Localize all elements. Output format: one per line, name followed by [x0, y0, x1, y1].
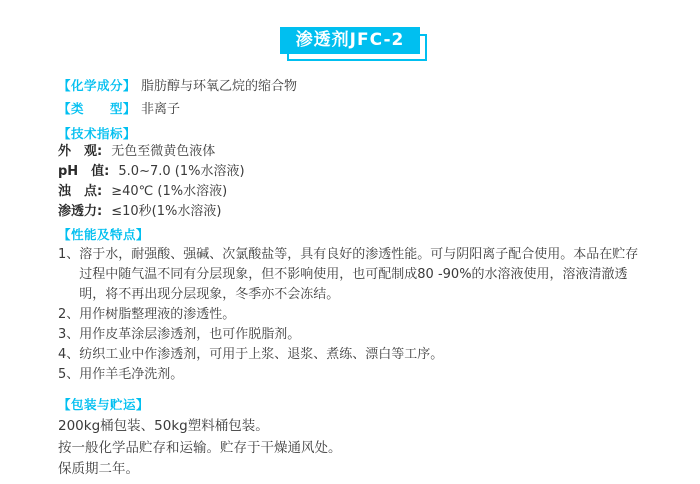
feature-text-2: 用作树脂整理液的渗透性。: [79, 305, 650, 325]
feature-text-3: 用作皮革涂层渗透剂，也可作脱脂剂。: [79, 325, 650, 345]
packaging-section: 【包装与贮运】 200kg桶包装、50kg塑料桶包装。 按一般化学品贮存和运输。…: [58, 394, 650, 481]
datasheet-page: 渗透剂JFC-2 【化学成分】脂肪醇与环氧乙烷的缩合物 【类 型】非离子 【技术…: [0, 0, 700, 484]
feature-item-1: 1、 溶于水，耐强酸、强碱、次氯酸盐等，具有良好的渗透性能。可与阴阳离子配合使用…: [58, 245, 650, 305]
spec-value-ph: 5.0~7.0 (1%水溶液): [118, 164, 244, 179]
spec-value-penetration: ≤10秒(1%水溶液): [111, 204, 221, 219]
feature-text-4: 纺织工业中作渗透剂，可用于上浆、退浆、煮练、漂白等工序。: [79, 345, 650, 365]
spec-name-ph: pH 值:: [58, 164, 109, 179]
spec-row-cloud-point: 浊 点:≥40℃ (1%水溶液): [58, 182, 650, 202]
spec-value-appearance: 无色至微黄色液体: [111, 144, 215, 159]
feature-number-1: 1、: [58, 245, 79, 305]
section-label-type: 【类 型】: [58, 100, 136, 117]
feature-item-2: 2、 用作树脂整理液的渗透性。: [58, 305, 650, 325]
datasheet-content: 【化学成分】脂肪醇与环氧乙烷的缩合物 【类 型】非离子 【技术指标】 外 观:无…: [0, 77, 700, 481]
spec-row-appearance: 外 观:无色至微黄色液体: [58, 142, 650, 162]
chemical-composition-row: 【化学成分】脂肪醇与环氧乙烷的缩合物: [58, 77, 650, 95]
spec-name-appearance: 外 观:: [58, 144, 102, 159]
technical-specs-section: 【技术指标】 外 观:无色至微黄色液体 pH 值:5.0~7.0 (1%水溶液)…: [58, 123, 650, 222]
feature-number-2: 2、: [58, 305, 79, 325]
section-label-features: 【性能及特点】: [58, 226, 149, 243]
feature-number-5: 5、: [58, 365, 79, 385]
packaging-line-2: 按一般化学品贮存和运输。贮存于干燥通风处。: [58, 438, 650, 460]
feature-number-4: 4、: [58, 345, 79, 365]
packaging-line-3: 保质期二年。: [58, 459, 650, 481]
spec-name-cloud-point: 浊 点:: [58, 184, 102, 199]
feature-text-1: 溶于水，耐强酸、强碱、次氯酸盐等，具有良好的渗透性能。可与阴阳离子配合使用。本品…: [79, 245, 650, 305]
type-value: 非离子: [141, 102, 180, 117]
feature-item-3: 3、 用作皮革涂层渗透剂，也可作脱脂剂。: [58, 325, 650, 345]
product-title-banner: 渗透剂JFC-2: [280, 27, 421, 54]
section-label-technical-specs: 【技术指标】: [58, 125, 136, 142]
packaging-line-1: 200kg桶包装、50kg塑料桶包装。: [58, 416, 650, 438]
feature-item-4: 4、 纺织工业中作渗透剂，可用于上浆、退浆、煮练、漂白等工序。: [58, 345, 650, 365]
type-row: 【类 型】非离子: [58, 100, 650, 118]
spec-row-ph: pH 值:5.0~7.0 (1%水溶液): [58, 162, 650, 182]
spec-value-cloud-point: ≥40℃ (1%水溶液): [111, 184, 227, 199]
product-title: 渗透剂JFC-2: [280, 27, 421, 54]
feature-item-5: 5、 用作羊毛净洗剂。: [58, 365, 650, 385]
feature-number-3: 3、: [58, 325, 79, 345]
chemical-composition-value: 脂肪醇与环氧乙烷的缩合物: [141, 79, 297, 94]
spec-rows: 外 观:无色至微黄色液体 pH 值:5.0~7.0 (1%水溶液) 浊 点:≥4…: [58, 142, 650, 222]
section-label-chemical-composition: 【化学成分】: [58, 77, 136, 94]
spec-row-penetration: 渗透力:≤10秒(1%水溶液): [58, 202, 650, 222]
feature-text-5: 用作羊毛净洗剂。: [79, 365, 650, 385]
section-label-packaging: 【包装与贮运】: [58, 396, 149, 413]
features-section: 【性能及特点】 1、 溶于水，耐强酸、强碱、次氯酸盐等，具有良好的渗透性能。可与…: [58, 224, 650, 385]
spec-name-penetration: 渗透力:: [58, 204, 102, 219]
